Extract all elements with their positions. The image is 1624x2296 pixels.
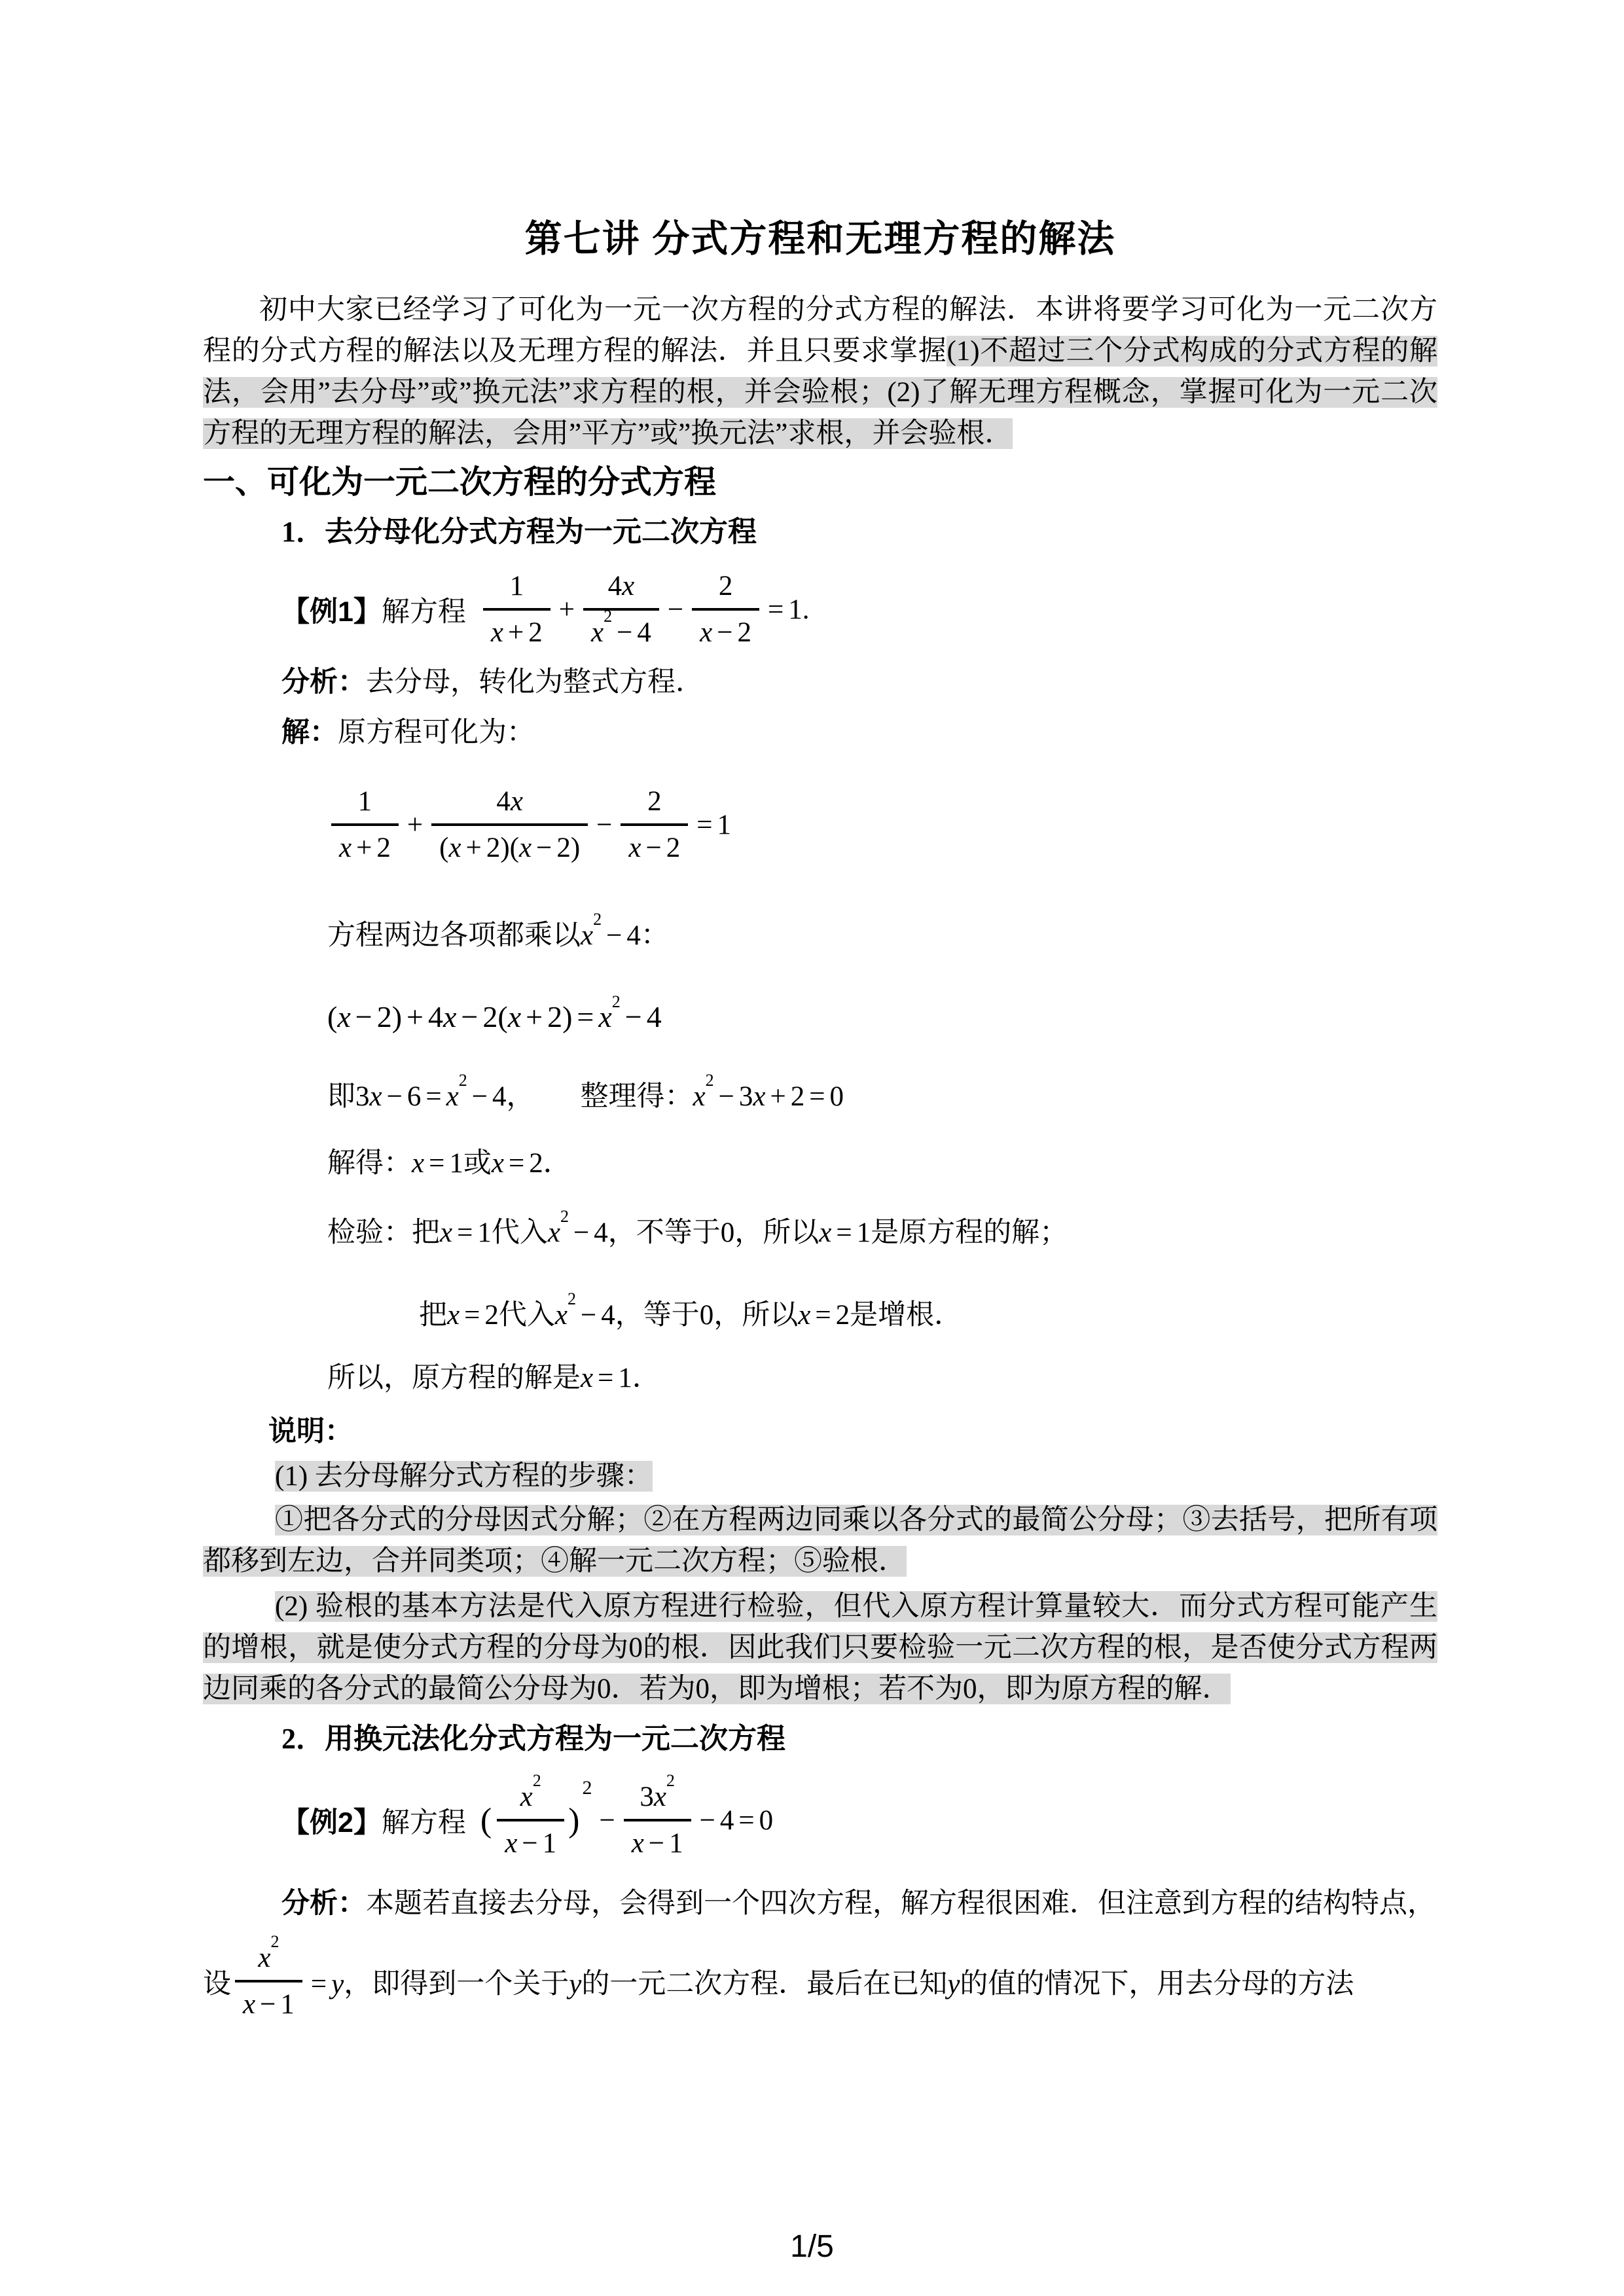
note-1: (1) 去分母解分式方程的步骤： (203, 1456, 1437, 1497)
solution-text: 原方程可化为： (338, 717, 535, 748)
fraction: x2x−1 (235, 1941, 302, 2022)
plus-operator: + (403, 809, 427, 841)
roots-line: 解得：x=1或x=2． (327, 1144, 1437, 1183)
solution-line: 解：原方程可化为： (281, 712, 1437, 753)
note-1-steps: ①把各分式的分母因式分解；②在方程两边同乘以各分式的最简公分母；③去括号，把所有… (203, 1499, 1437, 1582)
right-paren: ) (568, 1801, 581, 1840)
analysis-label: 分析： (281, 666, 366, 698)
page-title: 第七讲 分式方程和无理方程的解法 (203, 216, 1437, 262)
minus-operator: − (663, 594, 688, 626)
left-paren: ( (479, 1801, 493, 1840)
document-page: 第七讲 分式方程和无理方程的解法 初中大家已经学习了可化为一元一次方程的分式方程… (0, 0, 1624, 2296)
substitution-line: 设 x2x−1 =y，即得到一个关于y的一元二次方程．最后在已知y的值的情况下，… (203, 1941, 1437, 2022)
fraction: 1x+2 (483, 569, 550, 650)
equation-restated: 1x+2 + 4x(x+2)(x−2) − 2x−2 =1 (327, 785, 1437, 865)
solution-label: 解： (281, 717, 338, 748)
analysis-2-line: 分析：本题若直接去分母，会得到一个四次方程，解方程很困难．但注意到方程的结构特点… (281, 1883, 1437, 1924)
fraction: 4x(x+2)(x−2) (431, 785, 588, 865)
intro-paragraph: 初中大家已经学习了可化为一元一次方程的分式方程的解法．本讲将要学习可化为一元二次… (203, 289, 1437, 454)
analysis-2-label: 分析： (281, 1888, 366, 1919)
example-1-label: 【例1】 (281, 590, 382, 630)
fraction: 1x+2 (331, 785, 399, 865)
example-2-prompt: 解方程 (382, 1801, 466, 1840)
equation-tail: −4=0 (695, 1804, 774, 1837)
example-2-label: 【例2】 (281, 1801, 382, 1840)
simplify-line: 即3x−6=x2−4，整理得：x2−3x+2=0 (327, 1077, 1437, 1117)
multiply-line: 方程两边各项都乘以x2−4： (327, 916, 1437, 956)
power-exponent: 2 (582, 1777, 592, 1799)
page-number: 1/5 (0, 2229, 1624, 2265)
check-line-1: 检验：把x=1代入x2−4，不等于0，所以x=1是原方程的解； (327, 1213, 1437, 1253)
analysis-line: 分析：去分母，转化为整式方程． (281, 662, 1437, 703)
subsection-2-heading: 2．用换元法化分式方程为一元二次方程 (281, 1720, 1437, 1758)
fraction: 2x−2 (621, 785, 688, 865)
equation-rhs: =1 (692, 809, 731, 841)
check-line-2: 把x=2代入x2−4，等于0，所以x=2是增根． (419, 1296, 1437, 1335)
example-1-equation: 1x+2 + 4xx2−4 − 2x−2 =1 . (479, 569, 810, 650)
example-2-equation: ( x2x−1 ) 2 − 3x2x−1 −4=0 (479, 1780, 773, 1861)
notes-label: 说明： (268, 1411, 1437, 1452)
fraction: x2x−1 (497, 1780, 564, 1861)
equation-period: . (803, 594, 810, 626)
example-2-line: 【例2】 解方程 ( x2x−1 ) 2 − 3x2x−1 −4=0 (281, 1780, 1437, 1861)
analysis-text: 去分母，转化为整式方程． (366, 667, 704, 698)
conclusion-line: 所以，原方程的解是x=1． (327, 1359, 1437, 1398)
substitution-post: =y，即得到一个关于y的一元二次方程．最后在已知y的值的情况下，用去分母的方法 (306, 1962, 1354, 2001)
expanded-equation: (x−2)+4x−2(x+2)=x2−4 (327, 997, 1437, 1037)
fraction: 4xx2−4 (583, 569, 659, 650)
fraction: 2x−2 (692, 569, 759, 650)
plus-operator: + (554, 594, 579, 626)
note-2: (2) 验根的基本方法是代入原方程进行检验，但代入原方程计算量较大．而分式方程可… (203, 1586, 1437, 1710)
example-1-line: 【例1】 解方程 1x+2 + 4xx2−4 − 2x−2 =1 . (281, 569, 1437, 650)
fraction: 3x2x−1 (624, 1780, 691, 1861)
section-1-heading: 一、可化为一元二次方程的分式方程 (203, 462, 1437, 503)
equation-rhs: =1 (763, 594, 803, 626)
minus-operator: − (594, 1804, 619, 1837)
analysis-2-text: 本题若直接去分母，会得到一个四次方程，解方程很困难．但注意到方程的结构特点， (366, 1888, 1435, 1919)
subsection-1-heading: 1．去分母化分式方程为一元二次方程 (281, 513, 1437, 551)
minus-operator: − (592, 809, 617, 841)
example-1-prompt: 解方程 (382, 590, 466, 630)
substitution-pre: 设 (203, 1962, 231, 2001)
